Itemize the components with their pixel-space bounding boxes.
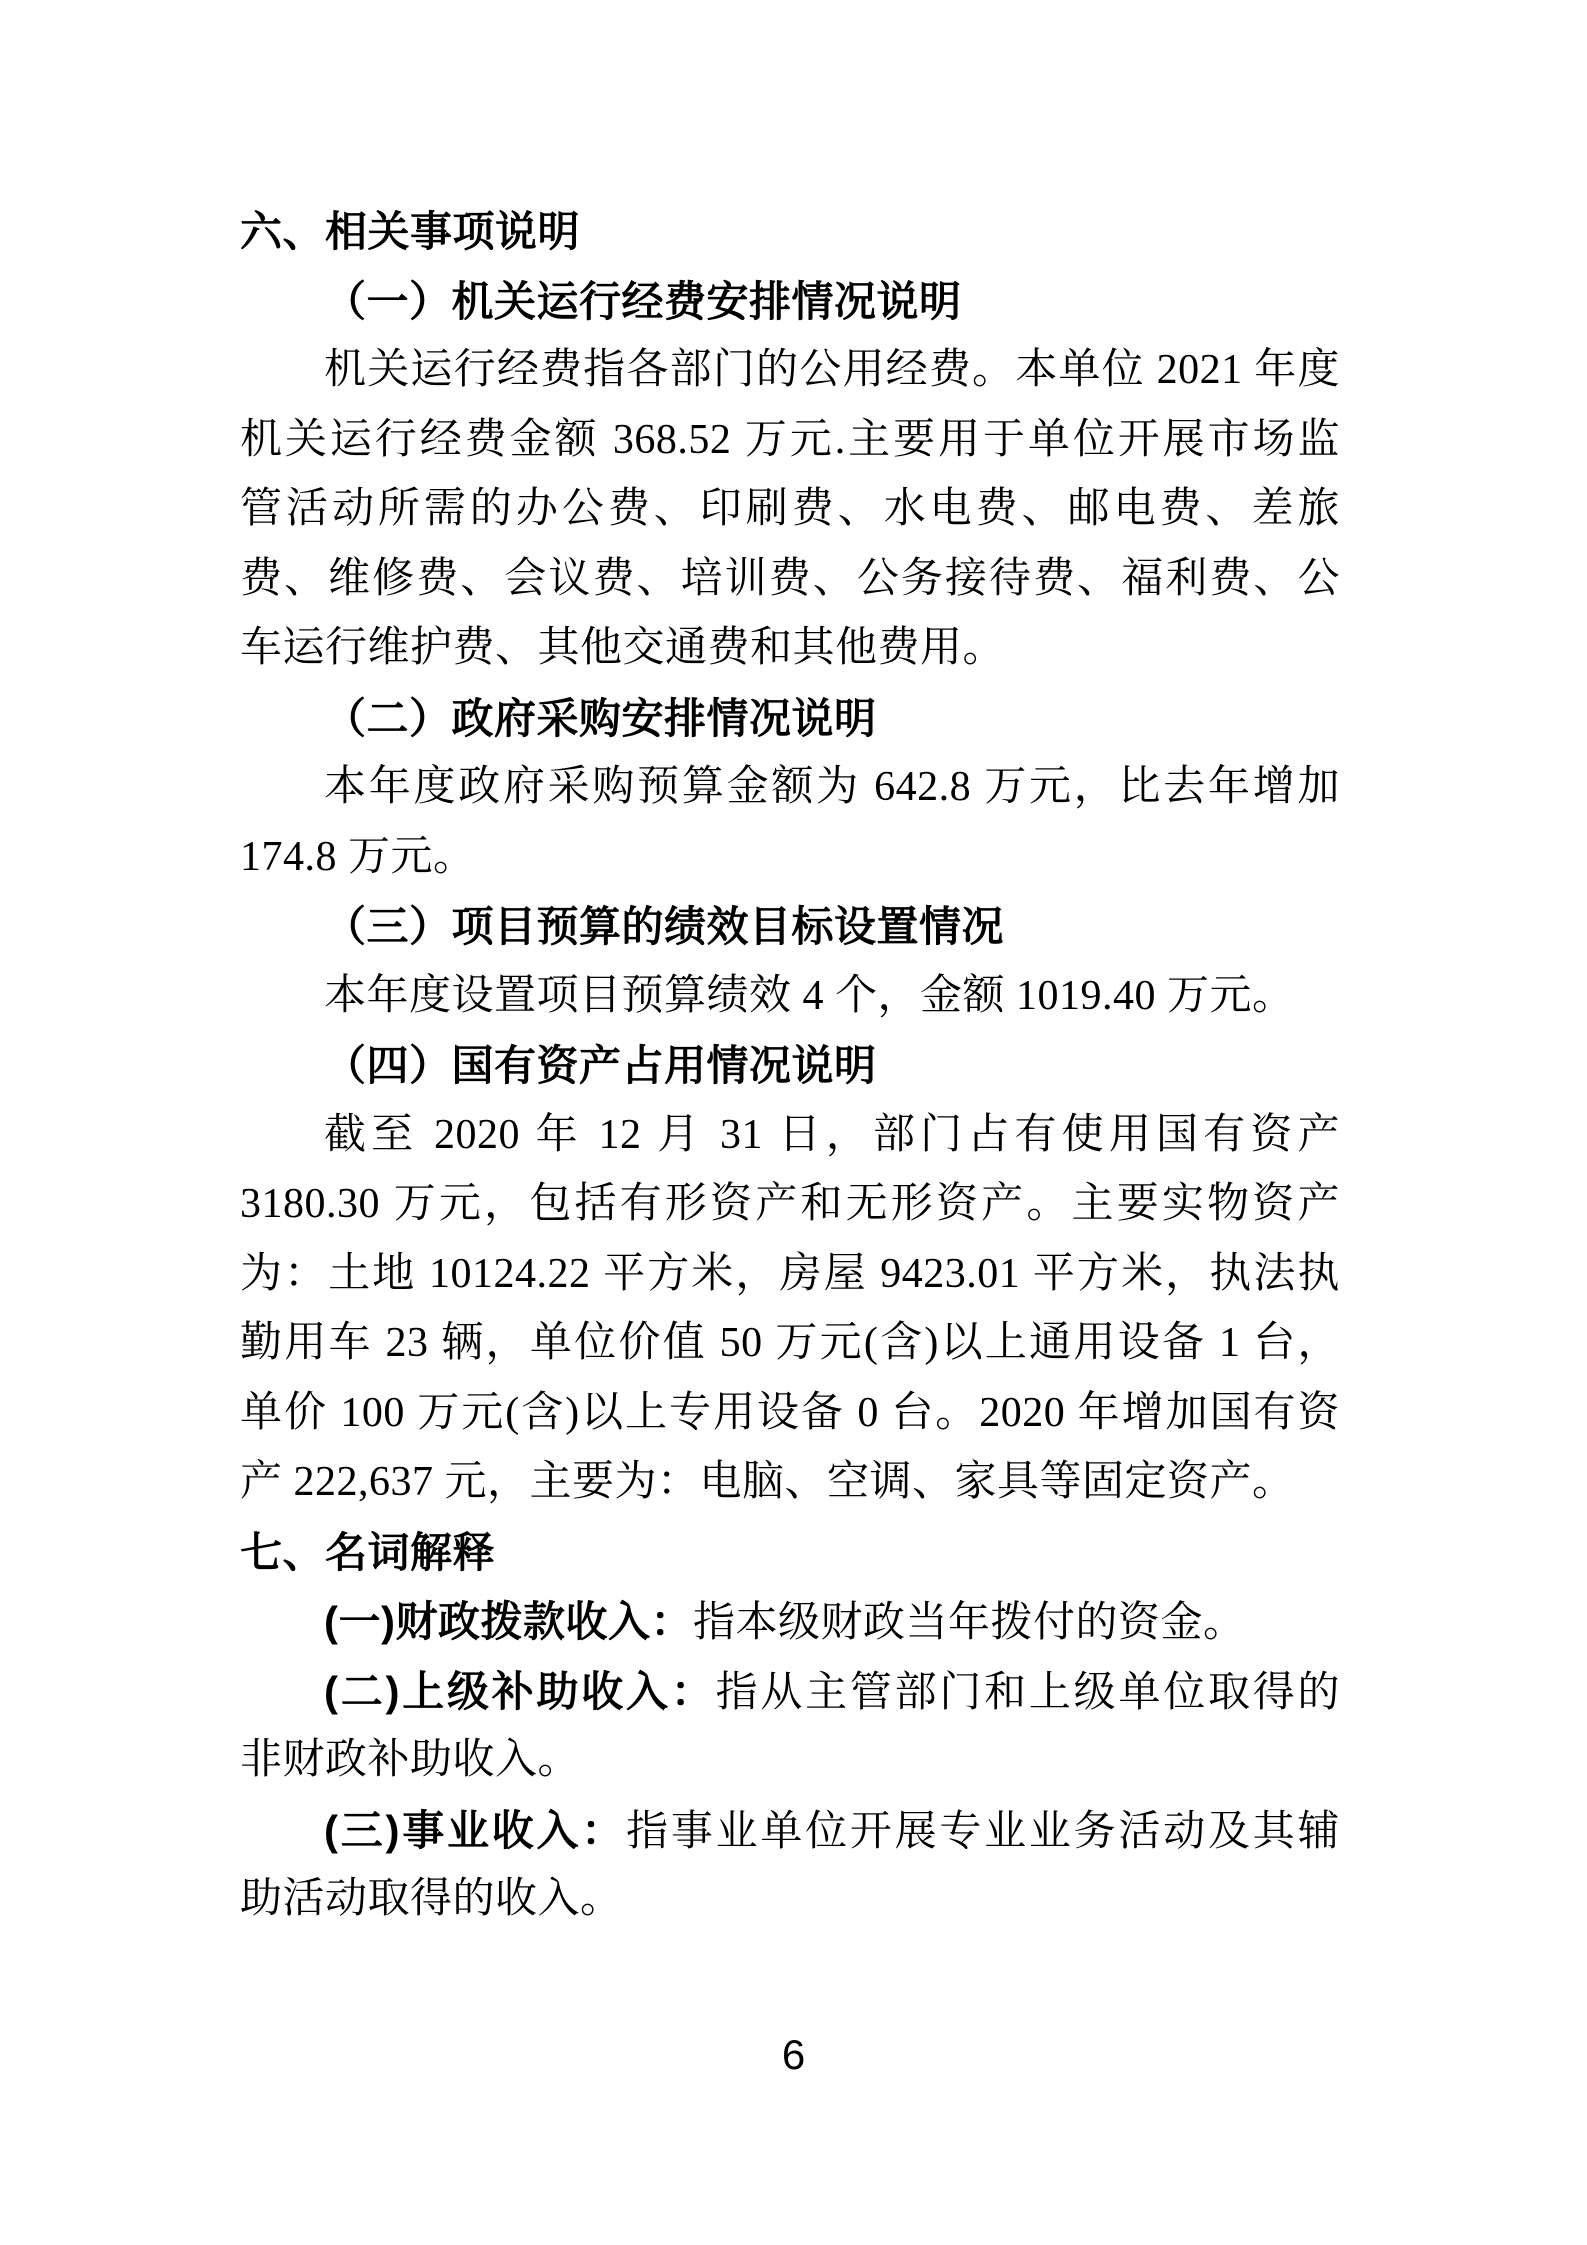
term-item-operational-income-line-2: 助活动取得的收入。 [240,1865,1340,1935]
term-definition-operational-income: 指事业单位开展专业业务活动及其辅 [626,1809,1340,1855]
section-6-heading: 六、相关事项说明 [240,197,1340,267]
para-state-assets-line-6: 产 222,637 元，主要为：电脑、空调、家具等固定资产。 [240,1448,1340,1518]
para-state-assets-line-1: 截至 2020 年 12 月 31 日，部门占有使用国有资产 [240,1101,1340,1171]
para-agency-operating-funds-line-5: 车运行维护费、其他交通费和其他费用。 [240,614,1340,684]
term-label-operational-income: (三)事业收入： [324,1807,626,1854]
subsection-4-heading: （四）国有资产占用情况说明 [240,1031,1340,1101]
para-agency-operating-funds-line-3: 管活动所需的办公费、印刷费、水电费、邮电费、差旅 [240,475,1340,545]
term-item-superior-subsidy-line-2: 非财政补助收入。 [240,1726,1340,1796]
para-state-assets-line-2: 3180.30 万元，包括有形资产和无形资产。主要实物资产 [240,1170,1340,1240]
term-label-superior-subsidy: (二)上级补助收入： [324,1668,716,1715]
para-project-performance-line-1: 本年度设置项目预算绩效 4 个，金额 1019.40 万元。 [240,962,1340,1032]
subsection-1-heading: （一）机关运行经费安排情况说明 [240,267,1340,337]
document-page: 六、相关事项说明 （一）机关运行经费安排情况说明 机关运行经费指各部门的公用经费… [0,0,1587,2245]
page-number: 6 [0,2025,1587,2085]
term-item-fiscal-appropriation: (一)财政拨款收入：指本级财政当年拨付的资金。 [240,1587,1340,1657]
subsection-2-heading: （二）政府采购安排情况说明 [240,684,1340,754]
section-7-heading: 七、名词解释 [240,1518,1340,1588]
para-agency-operating-funds-line-4: 费、维修费、会议费、培训费、公务接待费、福利费、公 [240,545,1340,615]
subsection-3-heading: （三）项目预算的绩效目标设置情况 [240,892,1340,962]
term-item-superior-subsidy-line-1: (二)上级补助收入：指从主管部门和上级单位取得的 [240,1657,1340,1727]
term-definition-fiscal-appropriation: 指本级财政当年拨付的资金。 [693,1600,1246,1646]
term-label-fiscal-appropriation: (一)财政拨款收入： [324,1598,693,1645]
document-text-block: 六、相关事项说明 （一）机关运行经费安排情况说明 机关运行经费指各部门的公用经费… [240,197,1340,1935]
para-state-assets-line-4: 勤用车 23 辆，单位价值 50 万元(含)以上通用设备 1 台， [240,1309,1340,1379]
para-state-assets-line-5: 单价 100 万元(含)以上专用设备 0 台。2020 年增加国有资 [240,1379,1340,1449]
para-government-procurement-line-2: 174.8 万元。 [240,823,1340,893]
para-government-procurement-line-1: 本年度政府采购预算金额为 642.8 万元，比去年增加 [240,753,1340,823]
para-agency-operating-funds-line-2: 机关运行经费金额 368.52 万元.主要用于单位开展市场监 [240,406,1340,476]
term-definition-superior-subsidy: 指从主管部门和上级单位取得的 [716,1670,1340,1716]
term-item-operational-income-line-1: (三)事业收入：指事业单位开展专业业务活动及其辅 [240,1796,1340,1866]
para-agency-operating-funds-line-1: 机关运行经费指各部门的公用经费。本单位 2021 年度 [240,336,1340,406]
para-state-assets-line-3: 为：土地 10124.22 平方米，房屋 9423.01 平方米，执法执 [240,1240,1340,1310]
